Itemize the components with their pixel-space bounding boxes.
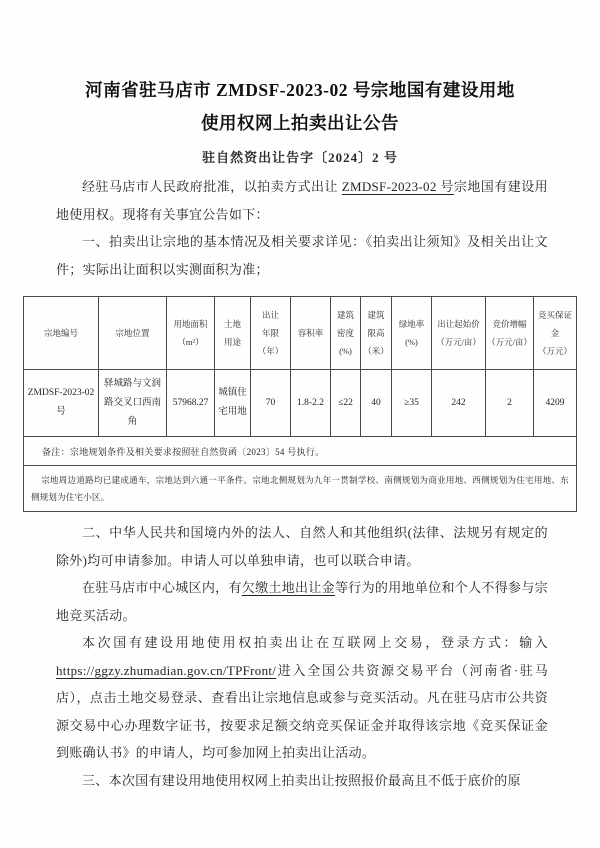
paragraph-text: 经驻马店市人民政府批准，以拍卖方式出让 xyxy=(82,179,342,194)
note-cell: 宗地周边道路均已建成通车，宗地达到六通一平条件。宗地北侧规划为九年一贯制学校、南… xyxy=(24,466,577,512)
title-line-1: 河南省驻马店市 ZMDSF-2023-02 号宗地国有建设用地 xyxy=(0,74,600,107)
column-header-land-area: 用地面积 （m²） xyxy=(167,297,215,370)
remark-cell: 备注：宗地规划条件及相关要求按照驻自然资函〔2023〕54 号执行。 xyxy=(24,437,577,466)
table-note-row: 宗地周边道路均已建成通车，宗地达到六通一平条件。宗地北侧规划为九年一贯制学校、南… xyxy=(24,466,577,512)
page-title: 河南省驻马店市 ZMDSF-2023-02 号宗地国有建设用地 使用权网上拍卖出… xyxy=(0,74,600,140)
table-header-row: 宗地编号 宗地位置 用地面积 （m²） 土地 用途 出让 年限 （年） 容积率 … xyxy=(24,297,577,370)
cell-land-area: 57968.27 xyxy=(167,370,215,437)
column-header-plot-ratio: 容积率 xyxy=(291,297,331,370)
paragraph-restriction: 在驻马店市中心城区内，有欠缴土地出让金等行为的用地单位和个人不得参与宗地竞买活动… xyxy=(56,574,548,629)
cell-height-limit: 40 xyxy=(361,370,392,437)
paragraph-item-1: 一、拍卖出让宗地的基本情况及相关要求详见：《拍卖出让须知》及相关出让文件；实际出… xyxy=(56,228,548,283)
arrears-underlined: 欠缴土地出让金 xyxy=(242,580,335,595)
cell-density: ≤22 xyxy=(331,370,361,437)
column-header-height-limit: 建筑 限高 （米） xyxy=(361,297,392,370)
cell-deposit: 4209 xyxy=(534,370,577,437)
column-header-location: 宗地位置 xyxy=(99,297,167,370)
cell-location: 驿城路与文润路交叉口西南角 xyxy=(99,370,167,437)
paragraph-text: 本次国有建设用地使用权拍卖出让在互联网上交易，登录方式：输入 xyxy=(82,635,548,650)
paragraph-text: 在驻马店市中心城区内，有 xyxy=(82,580,242,595)
document-page: 河南省驻马店市 ZMDSF-2023-02 号宗地国有建设用地 使用权网上拍卖出… xyxy=(0,0,600,848)
paragraph-item-2: 二、中华人民共和国境内外的法人、自然人和其他组织(法律、法规另有规定的除外)均可… xyxy=(56,519,548,574)
cell-bid-increment: 2 xyxy=(486,370,534,437)
cell-parcel-id: ZMDSF-2023-02 号 xyxy=(24,370,99,437)
table-data-row: ZMDSF-2023-02 号 驿城路与文润路交叉口西南角 57968.27 城… xyxy=(24,370,577,437)
column-header-land-use: 土地 用途 xyxy=(215,297,251,370)
paragraph-approval: 经驻马店市人民政府批准，以拍卖方式出让 ZMDSF-2023-02 号宗地国有建… xyxy=(56,173,548,228)
column-header-density: 建筑 密度 (%) xyxy=(331,297,361,370)
cell-plot-ratio: 1.8-2.2 xyxy=(291,370,331,437)
column-header-bid-increment: 竞价增幅 （万元/亩） xyxy=(486,297,534,370)
platform-url: https://ggzy.zhumadian.gov.cn/TPFront/ xyxy=(56,663,276,678)
cell-starting-price: 242 xyxy=(432,370,486,437)
paragraph-item-3: 三、本次国有建设用地使用权网上拍卖出让按照报价最高且不低于底价的原 xyxy=(56,767,548,795)
table-remark-row: 备注：宗地规划条件及相关要求按照驻自然资函〔2023〕54 号执行。 xyxy=(24,437,577,466)
cell-land-use: 城镇住宅用地 xyxy=(215,370,251,437)
column-header-starting-price: 出让起始价 （万元/亩） xyxy=(432,297,486,370)
paragraph-online-trading: 本次国有建设用地使用权拍卖出让在互联网上交易，登录方式：输入https://gg… xyxy=(56,629,548,767)
column-header-deposit: 竞买保证金 （万元） xyxy=(534,297,577,370)
column-header-green-ratio: 绿地率 (%) xyxy=(392,297,432,370)
title-line-2: 使用权网上拍卖出让公告 xyxy=(0,107,600,140)
column-header-parcel-id: 宗地编号 xyxy=(24,297,99,370)
parcel-id-underlined: ZMDSF-2023-02 号 xyxy=(342,179,454,194)
cell-tenure: 70 xyxy=(251,370,291,437)
document-number: 驻自然资出让告字〔2024〕2 号 xyxy=(0,147,600,166)
cell-green-ratio: ≥35 xyxy=(392,370,432,437)
parcel-info-table: 宗地编号 宗地位置 用地面积 （m²） 土地 用途 出让 年限 （年） 容积率 … xyxy=(23,296,577,512)
column-header-tenure: 出让 年限 （年） xyxy=(251,297,291,370)
